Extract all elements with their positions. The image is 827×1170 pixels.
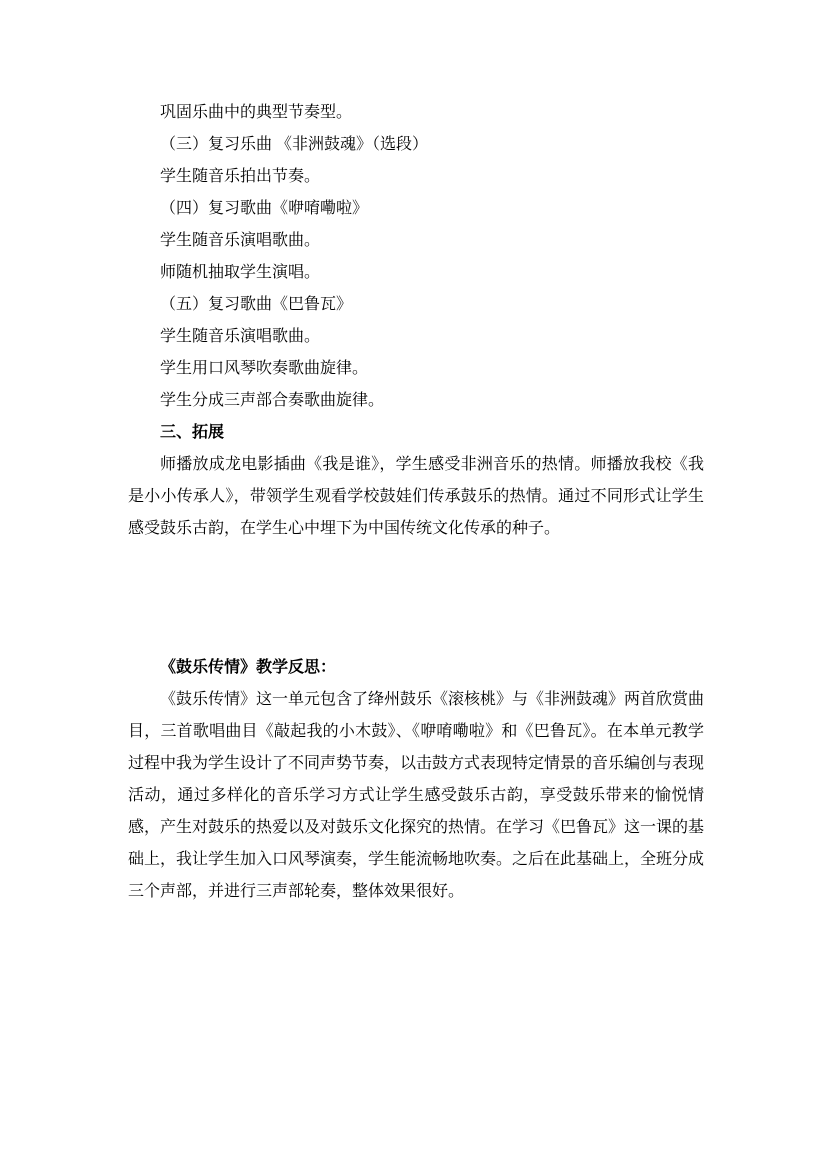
lesson-step-line: （三）复习乐曲 《非洲鼓魂》（选段） <box>128 129 704 161</box>
lesson-step-line: 学生随音乐演唱歌曲。 <box>128 225 704 257</box>
lesson-step-line: 师随机抽取学生演唱。 <box>128 257 704 289</box>
expand-section-heading: 三、拓展 <box>128 417 704 449</box>
reflection-heading: 《鼓乐传情》教学反思： <box>128 652 704 684</box>
reflection-paragraph: 《鼓乐传情》这一单元包含了绛州鼓乐《滚核桃》与《非洲鼓魂》两首欣赏曲目，三首歌唱… <box>128 684 704 908</box>
lesson-step-line: 学生用口风琴吹奏歌曲旋律。 <box>128 353 704 385</box>
lesson-step-line: （四）复习歌曲《咿唷嘞啦》 <box>128 193 704 225</box>
lesson-step-line: 巩固乐曲中的典型节奏型。 <box>128 97 704 129</box>
document-content: 巩固乐曲中的典型节奏型。 （三）复习乐曲 《非洲鼓魂》（选段） 学生随音乐拍出节… <box>128 97 704 908</box>
lesson-step-line: 学生随音乐演唱歌曲。 <box>128 321 704 353</box>
expand-section-paragraph: 师播放成龙电影插曲《我是谁》，学生感受非洲音乐的热情。师播放我校《我是小小传承人… <box>128 449 704 545</box>
document-page: 巩固乐曲中的典型节奏型。 （三）复习乐曲 《非洲鼓魂》（选段） 学生随音乐拍出节… <box>0 0 827 1170</box>
blank-gap <box>128 545 704 652</box>
lesson-step-line: 学生分成三声部合奏歌曲旋律。 <box>128 385 704 417</box>
lesson-step-line: （五）复习歌曲《巴鲁瓦》 <box>128 289 704 321</box>
lesson-step-line: 学生随音乐拍出节奏。 <box>128 161 704 193</box>
